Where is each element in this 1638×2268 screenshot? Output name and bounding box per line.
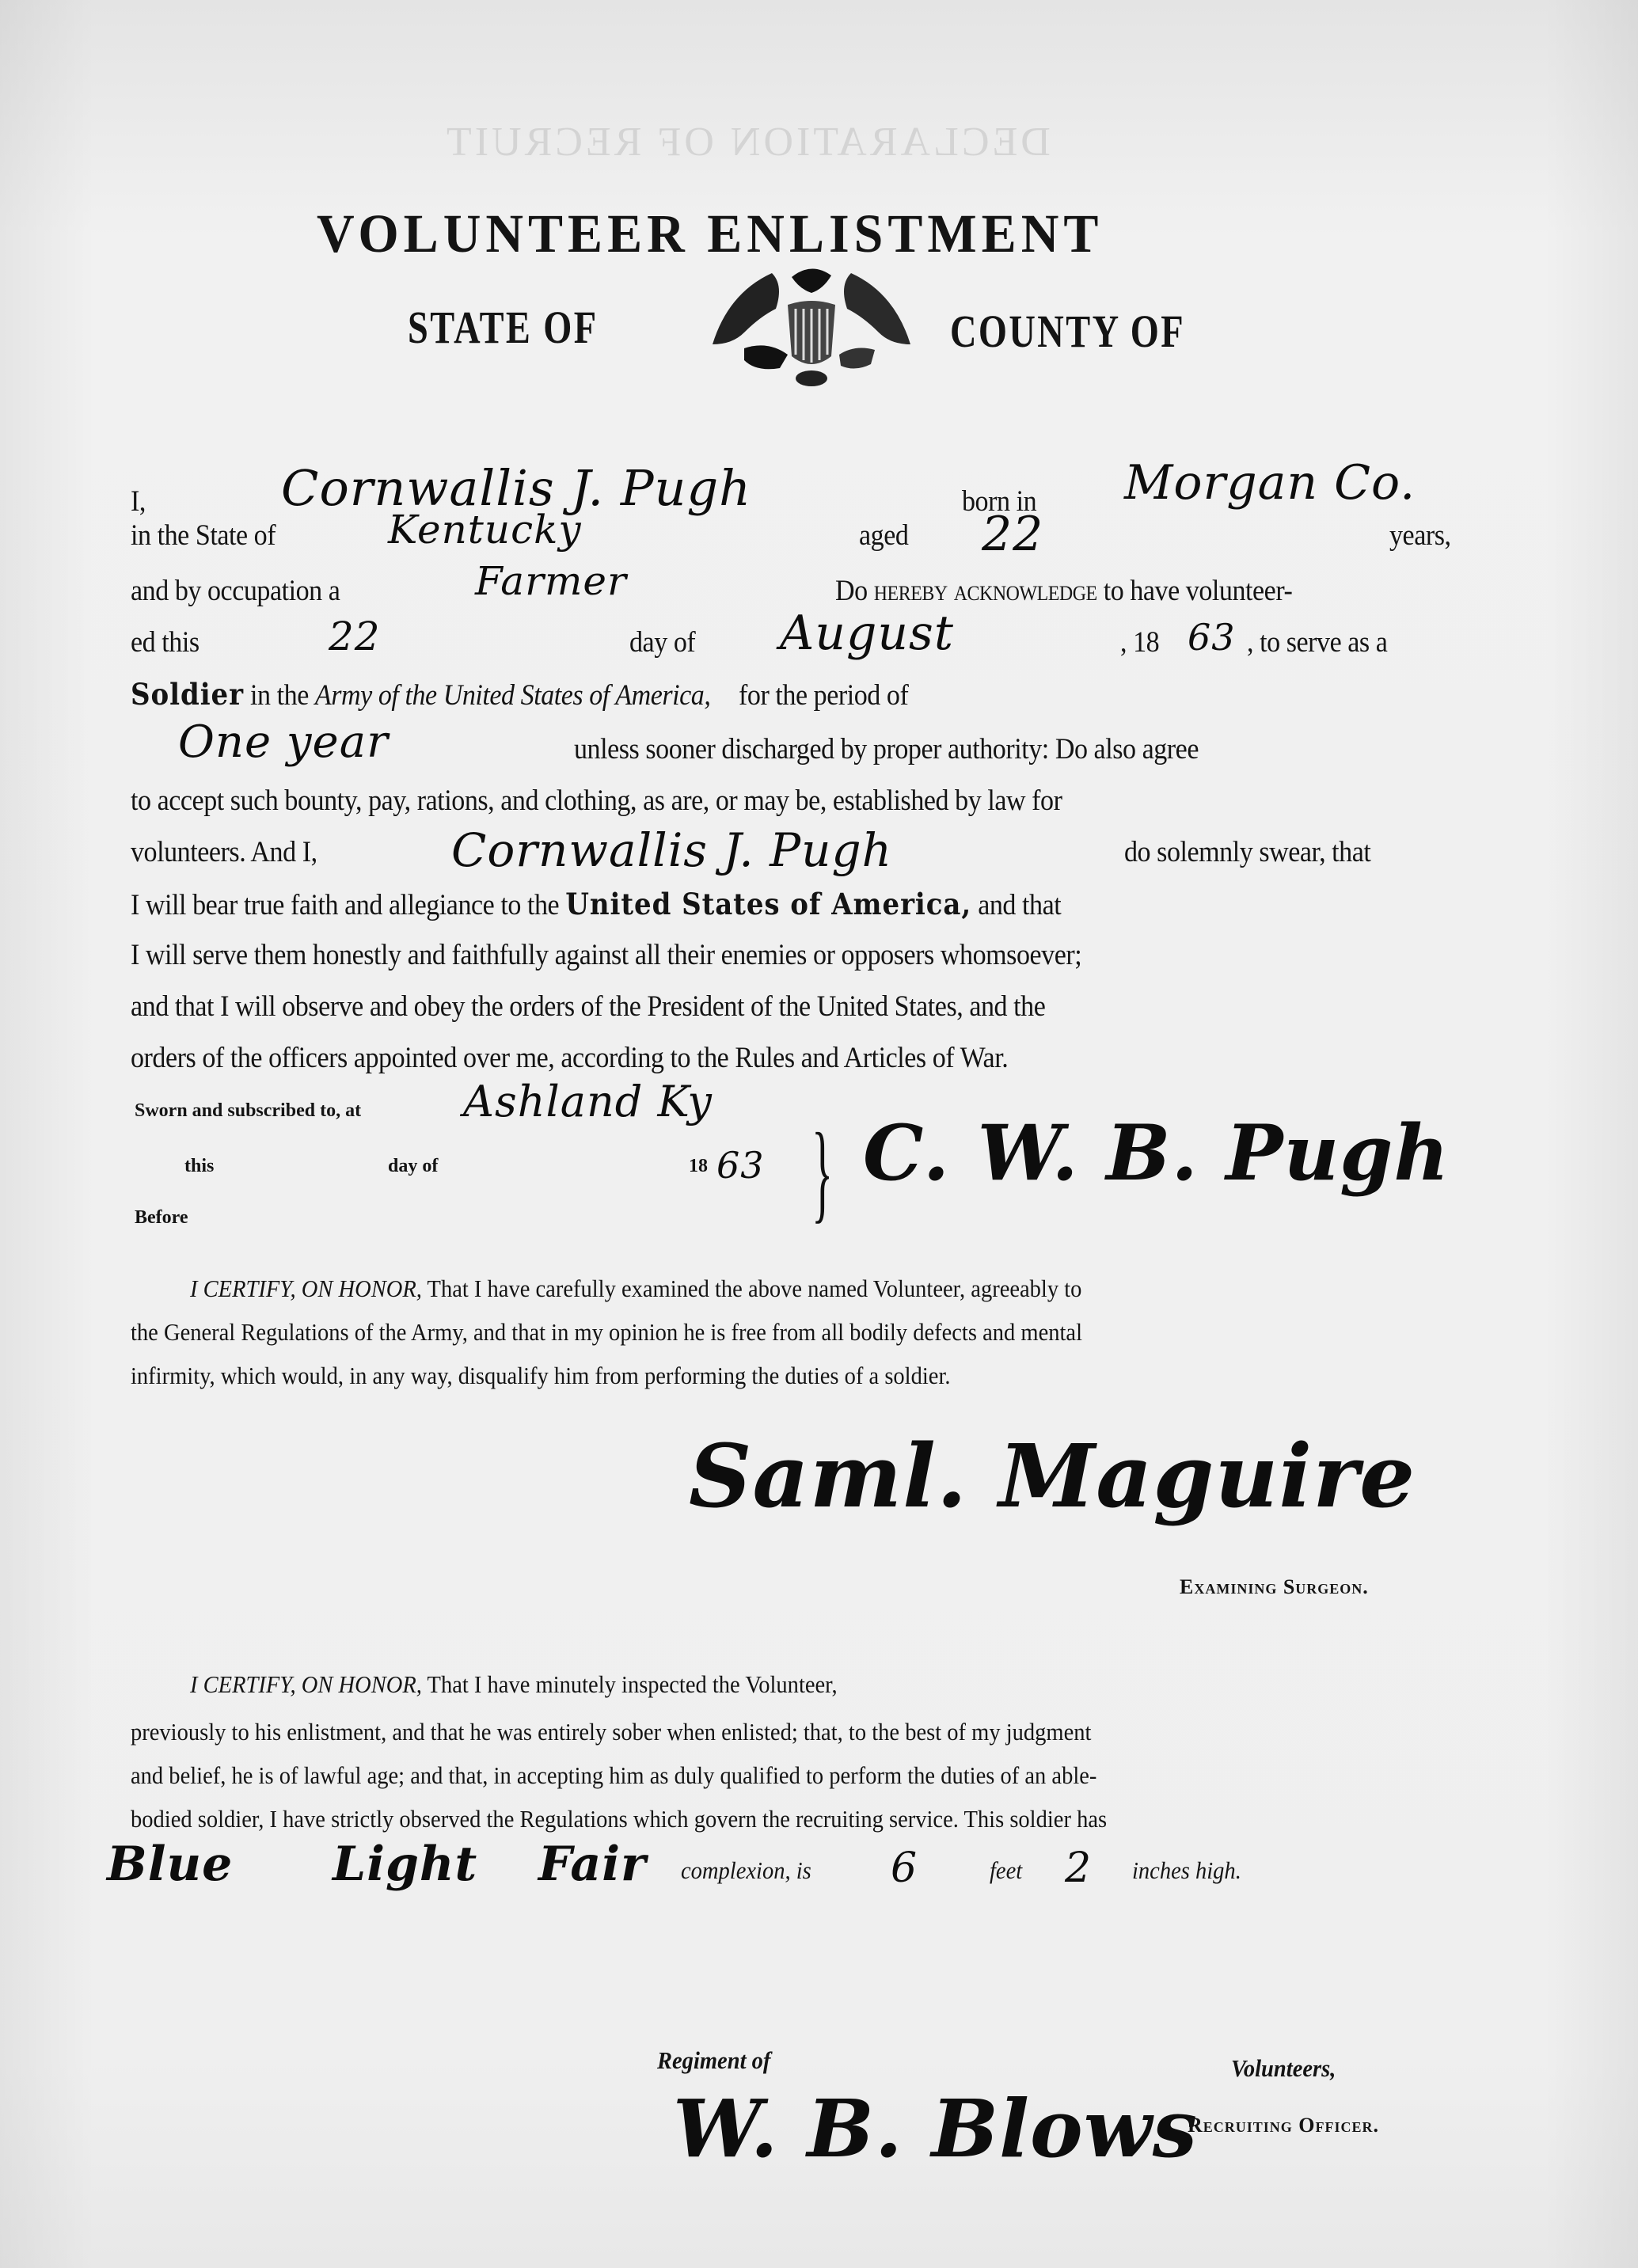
surgeon-cert-line-1: I CERTIFY, ON HONOR, That I have careful… bbox=[190, 1275, 1515, 1303]
feet-label: feet bbox=[990, 1856, 1062, 1885]
sworn-year-field[interactable]: 63 bbox=[716, 1144, 765, 1187]
document-page: DECLARATION OF RECRUIT VOLUNTEER ENLISTM… bbox=[0, 0, 1638, 2268]
enlist-year-field[interactable]: 63 bbox=[1188, 616, 1236, 659]
acknowledge-text: Do hereby acknowledge to have volunteer- bbox=[835, 574, 1491, 608]
recruiter-cert-line-1: I CERTIFY, ON HONOR, That I have minutel… bbox=[190, 1670, 1515, 1699]
sworn-label: Sworn and subscribed to, at bbox=[135, 1100, 361, 1122]
state-label: in the State of bbox=[131, 519, 422, 553]
volunteer-signature[interactable]: C. W. B. Pugh bbox=[863, 1108, 1450, 1198]
aged-label: aged bbox=[859, 519, 946, 553]
height-inches-field[interactable]: 2 bbox=[1065, 1844, 1092, 1892]
height-feet-field[interactable]: 6 bbox=[891, 1844, 918, 1892]
oath-name-field[interactable]: Cornwallis J. Pugh bbox=[451, 823, 892, 877]
document-title: VOLUNTEER ENLISTMENT bbox=[317, 203, 1103, 266]
sworn-place-field[interactable]: Ashland Ky bbox=[463, 1077, 713, 1126]
years-label: years, bbox=[1389, 519, 1476, 553]
birthplace-field[interactable]: Morgan Co. bbox=[1124, 455, 1416, 511]
enlist-day-field[interactable]: 22 bbox=[329, 614, 381, 659]
birth-state-field[interactable]: Kentucky bbox=[388, 507, 582, 553]
swear-text: do solemnly swear, that bbox=[1124, 835, 1452, 869]
period-field[interactable]: One year bbox=[178, 716, 389, 768]
bleed-through-heading: DECLARATION OF RECRUIT bbox=[443, 119, 1051, 165]
officers-line: orders of the officers appointed over me… bbox=[131, 1041, 1369, 1075]
inches-label: inches high. bbox=[1132, 1856, 1351, 1885]
serve-line: I will serve them honestly and faithfull… bbox=[131, 938, 1369, 972]
volunteers-label: Volunteers, bbox=[1231, 2054, 1391, 2083]
ed-this-label: ed this bbox=[131, 625, 276, 659]
obey-line: and that I will observe and obey the ord… bbox=[131, 990, 1369, 1024]
pronoun-label: I, bbox=[131, 485, 146, 518]
county-of-label: COUNTY OF bbox=[950, 305, 1185, 358]
enlist-month-field[interactable]: August bbox=[780, 606, 954, 661]
surgeon-signature[interactable]: Saml. Maguire bbox=[689, 1425, 1416, 1527]
eagle-emblem-icon bbox=[697, 261, 926, 388]
sworn-day-of-label: day of bbox=[388, 1156, 438, 1177]
faith-line: I will bear true faith and allegiance to… bbox=[131, 887, 1369, 922]
discharge-text: unless sooner discharged by proper autho… bbox=[574, 732, 1419, 766]
state-of-label: STATE OF bbox=[408, 301, 599, 354]
eyes-field[interactable]: Blue bbox=[107, 1837, 233, 1892]
army-line: Soldier in the Army of the United States… bbox=[131, 677, 1369, 712]
complexion-label: complexion, is bbox=[681, 1856, 914, 1885]
complexion-field[interactable]: Fair bbox=[538, 1837, 647, 1892]
occupation-label: and by occupation a bbox=[131, 574, 458, 608]
recruiting-officer-label: Recruiting Officer. bbox=[1188, 2114, 1379, 2137]
recruiter-cert-line-2: previously to his enlistment, and that h… bbox=[131, 1718, 1456, 1746]
accept-text: to accept such bounty, pay, rations, and… bbox=[131, 784, 1369, 818]
recruiter-cert-line-3: and belief, he is of lawful age; and tha… bbox=[131, 1761, 1456, 1790]
examining-surgeon-label: Examining Surgeon. bbox=[1180, 1575, 1369, 1599]
before-label: Before bbox=[135, 1207, 188, 1229]
day-of-label: day of bbox=[629, 625, 739, 659]
this-label: this bbox=[184, 1156, 214, 1177]
serve-as-text: , to serve as a bbox=[1247, 625, 1465, 659]
occupation-field[interactable]: Farmer bbox=[475, 558, 627, 604]
volunteers-and-i-text: volunteers. And I, bbox=[131, 835, 422, 869]
regiment-label: Regiment of bbox=[657, 2046, 817, 2075]
brace-icon: } bbox=[811, 1108, 833, 1236]
sworn-year-prefix: 18 bbox=[689, 1156, 708, 1177]
recruiter-cert-line-4: bodied soldier, I have strictly observed… bbox=[131, 1805, 1456, 1833]
age-field[interactable]: 22 bbox=[982, 507, 1043, 562]
surgeon-cert-line-2: the General Regulations of the Army, and… bbox=[131, 1318, 1456, 1347]
recruiting-officer-signature[interactable]: W. B. Blows bbox=[673, 2082, 1198, 2175]
surgeon-cert-line-3: infirmity, which would, in any way, disq… bbox=[131, 1362, 1456, 1390]
year-prefix: , 18 bbox=[1120, 625, 1193, 659]
hair-field[interactable]: Light bbox=[333, 1837, 477, 1892]
